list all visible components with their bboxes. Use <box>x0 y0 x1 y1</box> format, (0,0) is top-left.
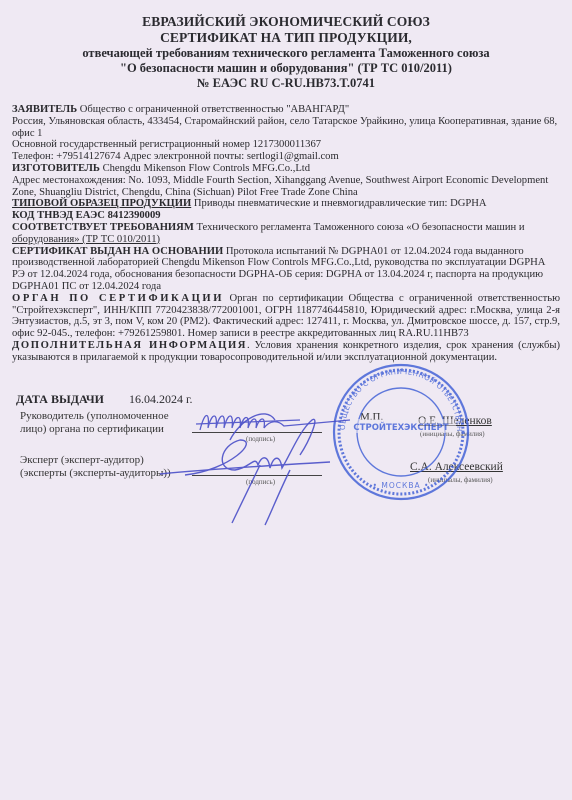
conformity-value: Технического регламента Таможенного союз… <box>194 222 525 233</box>
certificate-header: ЕВРАЗИЙСКИЙ ЭКОНОМИЧЕСКИЙ СОЮЗ СЕРТИФИКА… <box>0 14 572 91</box>
head-role: Руководитель (уполномоченное лицо) орган… <box>20 410 169 436</box>
tnved-code: КОД ТНВЭД ЕАЭС 8412390009 <box>12 210 560 222</box>
applicant-name: Общество с ограниченной ответственностью… <box>77 104 349 115</box>
issue-date-value: 16.04.2024 г. <box>129 392 193 406</box>
issue-date-row: ДАТА ВЫДАЧИ 16.04.2024 г. <box>16 392 193 407</box>
expert-role-line2: (эксперты (эксперты-аудиторы)) <box>20 467 171 480</box>
certificate-page: ЕВРАЗИЙСКИЙ ЭКОНОМИЧЕСКИЙ СОЮЗ СЕРТИФИКА… <box>0 0 572 800</box>
regulation-line: отвечающей требованиям технического регл… <box>0 46 572 61</box>
head-role-line2: лицо) органа по сертификации <box>20 423 169 436</box>
conformity-label: СООТВЕТСТВУЕТ ТРЕБОВАНИЯМ <box>12 222 194 233</box>
additional-info-label: ДОПОЛНИТЕЛЬНАЯ ИНФОРМАЦИЯ <box>12 340 247 351</box>
stamp-bottom-text: • МОСКВА • <box>373 481 430 490</box>
expert-name: С.А. Алексеевский <box>410 461 503 473</box>
certificate-type-title: СЕРТИФИКАТ НА ТИП ПРОДУКЦИИ, <box>0 30 572 46</box>
conformity-regulation: оборудования» (ТР ТС 010/2011) <box>12 234 160 245</box>
expert-signature-icon <box>160 414 330 525</box>
expert-signature-caption: (подпись) <box>246 478 275 486</box>
seal-label: М.П. <box>360 411 383 423</box>
expert-role: Эксперт (эксперт-аудитор) (эксперты (экс… <box>20 454 171 480</box>
certificate-body: ЗАЯВИТЕЛЬ Общество с ограниченной ответс… <box>12 104 560 364</box>
product-label: ТИПОВОЙ ОБРАЗЕЦ ПРОДУКЦИИ <box>12 198 191 209</box>
certificate-number: № ЕАЭС RU C-RU.HB73.T.0741 <box>0 76 572 91</box>
certification-body-label: ОРГАН ПО СЕРТИФИКАЦИИ <box>12 293 224 304</box>
manufacturer-label: ИЗГОТОВИТЕЛЬ <box>12 163 100 174</box>
manufacturer-section: ИЗГОТОВИТЕЛЬ Chengdu Mikenson Flow Contr… <box>12 163 560 175</box>
expert-signature-line <box>192 475 322 476</box>
head-name-caption: (инициалы, фамилия) <box>420 430 485 438</box>
product-value: Приводы пневматические и пневмогидравлич… <box>191 198 486 209</box>
expert-role-line1: Эксперт (эксперт-аудитор) <box>20 454 171 467</box>
manufacturer-address: Адрес местонахождения: No. 1093, Middle … <box>12 175 560 199</box>
certification-body-section: ОРГАН ПО СЕРТИФИКАЦИИ Орган по сертифика… <box>12 293 560 340</box>
additional-info-section: ДОПОЛНИТЕЛЬНАЯ ИНФОРМАЦИЯ. Условия хране… <box>12 340 560 364</box>
head-signature-caption: (подпись) <box>246 435 275 443</box>
product-section: ТИПОВОЙ ОБРАЗЕЦ ПРОДУКЦИИ Приводы пневма… <box>12 198 560 210</box>
union-title: ЕВРАЗИЙСКИЙ ЭКОНОМИЧЕСКИЙ СОЮЗ <box>0 14 572 30</box>
regulation-name: "О безопасности машин и оборудования" (Т… <box>0 61 572 76</box>
head-signature-line <box>192 432 322 433</box>
conformity-section: СООТВЕТСТВУЕТ ТРЕБОВАНИЯМ Технического р… <box>12 222 560 246</box>
head-name: О.Е. Шеленков <box>418 415 492 427</box>
applicant-label: ЗАЯВИТЕЛЬ <box>12 104 77 115</box>
manufacturer-name: Chengdu Mikenson Flow Controls MFG.Co.,L… <box>100 163 310 174</box>
basis-label: СЕРТИФИКАТ ВЫДАН НА ОСНОВАНИИ <box>12 246 223 257</box>
applicant-section: ЗАЯВИТЕЛЬ Общество с ограниченной ответс… <box>12 104 560 116</box>
head-signature-icon <box>196 416 350 431</box>
applicant-address: Россия, Ульяновская область, 433454, Ста… <box>12 116 560 140</box>
applicant-ogrn: Основной государственный регистрационный… <box>12 139 560 151</box>
head-role-line1: Руководитель (уполномоченное <box>20 410 169 423</box>
basis-section: СЕРТИФИКАТ ВЫДАН НА ОСНОВАНИИ Протокола … <box>12 246 560 293</box>
expert-name-caption: (инициалы, фамилия) <box>428 476 493 484</box>
applicant-contacts: Телефон: +79514127674 Адрес электронной … <box>12 151 560 163</box>
issue-date-label: ДАТА ВЫДАЧИ <box>16 392 104 406</box>
